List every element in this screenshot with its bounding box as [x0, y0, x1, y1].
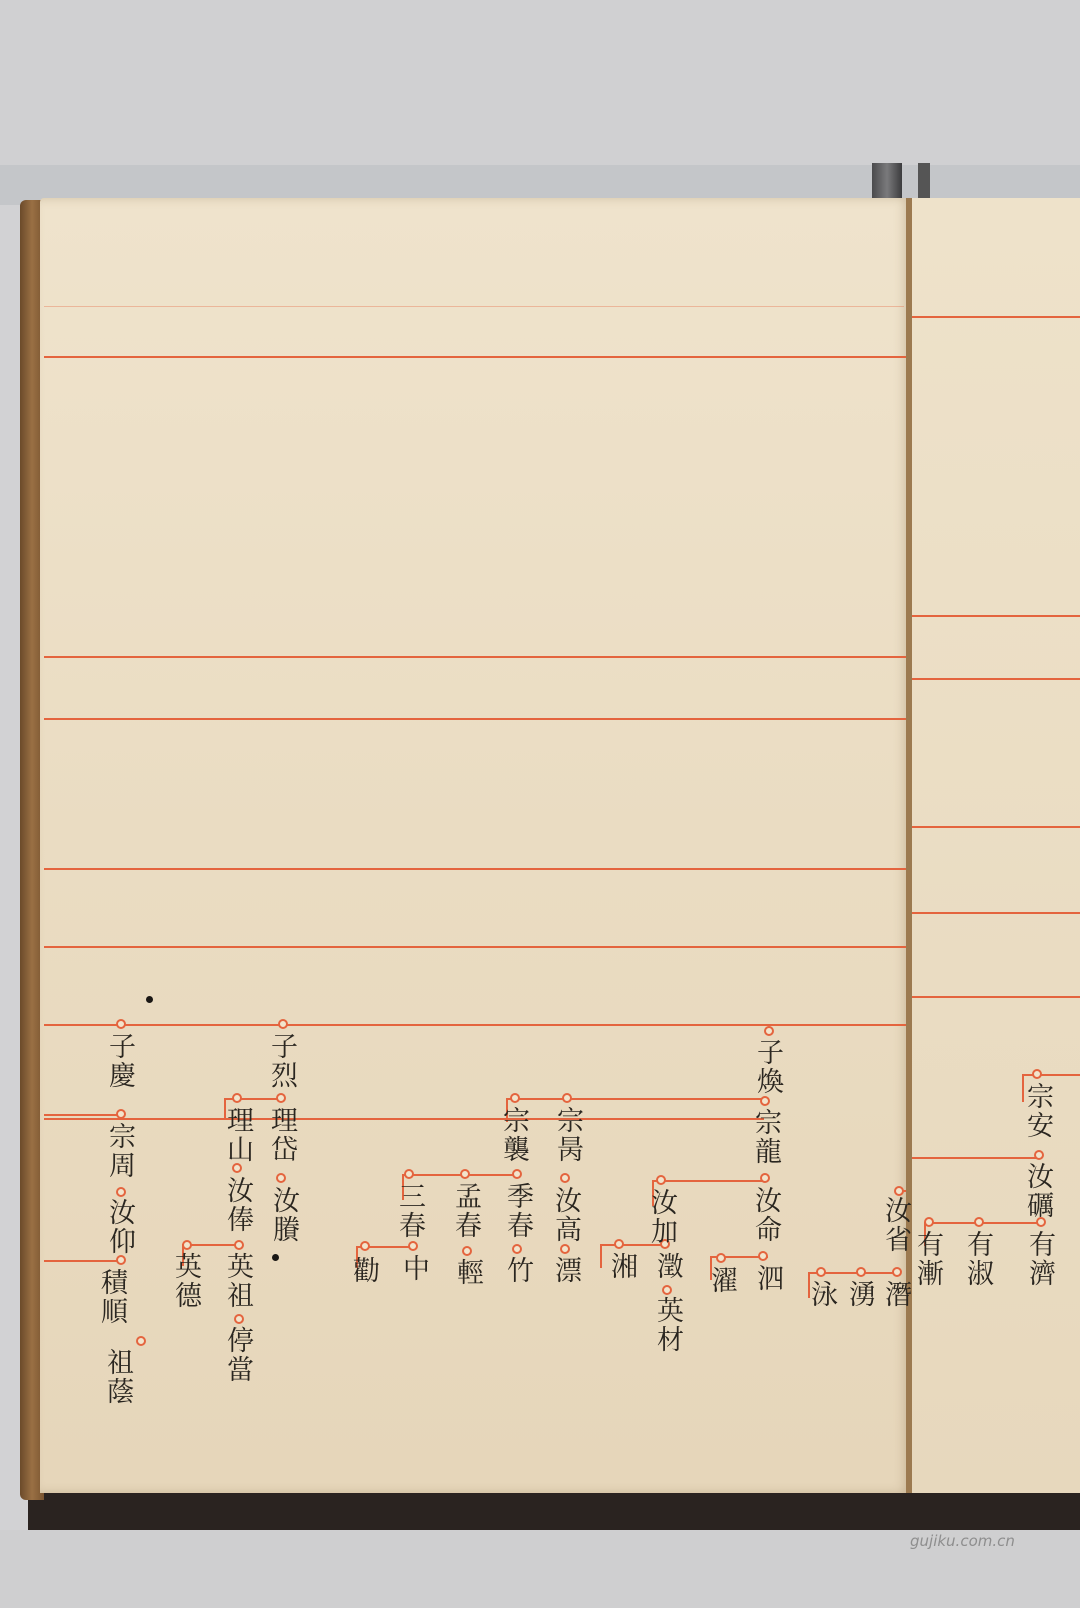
person-name: 汝賸 — [268, 1186, 298, 1244]
person-node — [182, 1240, 192, 1250]
person-name: 汝命 — [750, 1186, 780, 1244]
person-node — [512, 1169, 522, 1179]
generation-rule — [912, 1157, 1040, 1159]
person-node — [894, 1186, 904, 1196]
person-name: 漂 — [550, 1256, 580, 1285]
person-node — [892, 1267, 902, 1277]
person-node — [460, 1169, 470, 1179]
person-name: 英德 — [170, 1252, 200, 1310]
generation-rule — [912, 316, 1080, 318]
right-page — [912, 198, 1080, 1493]
generation-rule — [912, 826, 1080, 828]
person-node — [760, 1173, 770, 1183]
person-node — [408, 1241, 418, 1251]
person-node — [136, 1336, 146, 1346]
person-node — [462, 1246, 472, 1256]
person-name: 澂 — [652, 1252, 682, 1281]
generation-rule — [44, 946, 906, 948]
watermark: gujiku.com.cn — [910, 1532, 1015, 1550]
person-name: 竹 — [502, 1256, 532, 1285]
person-name: 汝省 — [880, 1196, 910, 1254]
person-name: 宗周 — [104, 1122, 134, 1180]
person-name: 子烈 — [266, 1032, 296, 1090]
person-name: 宗安 — [1022, 1082, 1052, 1140]
generation-rule — [912, 996, 1080, 998]
person-node — [816, 1267, 826, 1277]
person-node — [116, 1109, 126, 1119]
sibling-connector — [1022, 1074, 1080, 1076]
person-node — [562, 1093, 572, 1103]
person-name: 湧 — [844, 1280, 874, 1309]
person-node — [656, 1175, 666, 1185]
person-node — [560, 1173, 570, 1183]
ink-dot — [146, 996, 153, 1003]
person-node — [974, 1217, 984, 1227]
scan-background-top — [0, 0, 1080, 165]
person-name: 有濟 — [1024, 1230, 1054, 1288]
person-node — [360, 1241, 370, 1251]
person-name: 汝礪 — [1022, 1162, 1052, 1220]
book-spine-shadow — [918, 163, 930, 203]
person-name: 中 — [398, 1254, 428, 1283]
person-node — [856, 1267, 866, 1277]
person-node — [116, 1255, 126, 1265]
generation-rule — [44, 1118, 764, 1120]
person-node — [512, 1244, 522, 1254]
generation-rule — [44, 656, 906, 658]
person-node — [560, 1244, 570, 1254]
person-name: 子慶 — [104, 1032, 134, 1090]
person-name: 汝高 — [550, 1186, 580, 1244]
person-name: 英材 — [652, 1296, 682, 1354]
person-node — [116, 1019, 126, 1029]
person-node — [234, 1314, 244, 1324]
person-node — [716, 1253, 726, 1263]
generation-rule — [44, 1114, 122, 1116]
person-node — [924, 1217, 934, 1227]
generation-rule — [44, 1260, 122, 1262]
person-node — [278, 1019, 288, 1029]
person-name: 輕 — [452, 1258, 482, 1287]
person-name: 宗昺 — [552, 1106, 582, 1164]
person-node — [662, 1285, 672, 1295]
person-node — [764, 1026, 774, 1036]
sibling-connector — [506, 1098, 768, 1100]
person-node — [1034, 1150, 1044, 1160]
person-node — [614, 1239, 624, 1249]
person-node — [232, 1163, 242, 1173]
person-name: 潛 — [880, 1280, 910, 1309]
person-name: 汝仰 — [104, 1198, 134, 1256]
person-name: 泳 — [806, 1280, 836, 1309]
person-node — [116, 1187, 126, 1197]
person-name: 勸 — [348, 1256, 378, 1285]
generation-rule — [44, 868, 906, 870]
person-name: 有漸 — [912, 1230, 942, 1288]
person-name: 英祖 — [222, 1252, 252, 1310]
person-name: 積順 — [96, 1268, 126, 1326]
person-node — [510, 1093, 520, 1103]
ink-dot — [272, 1254, 279, 1261]
generation-rule — [44, 356, 906, 358]
person-node — [760, 1096, 770, 1106]
sibling-connector — [652, 1180, 764, 1182]
person-name: 季春 — [502, 1182, 532, 1240]
person-name: 濯 — [706, 1266, 736, 1295]
generation-rule — [44, 1024, 906, 1026]
person-node — [404, 1169, 414, 1179]
person-name: 宗襲 — [498, 1106, 528, 1164]
person-node — [1032, 1069, 1042, 1079]
person-node — [234, 1240, 244, 1250]
person-name: 有淑 — [962, 1230, 992, 1288]
person-name: 孟春 — [450, 1182, 480, 1240]
person-name: 祖蔭 — [102, 1348, 132, 1406]
person-name: 子煥 — [752, 1038, 782, 1096]
person-node — [232, 1093, 242, 1103]
person-name: 湘 — [606, 1252, 636, 1281]
generation-rule — [44, 306, 904, 307]
person-name: 汝俸 — [222, 1176, 252, 1234]
person-name: 停當 — [222, 1326, 252, 1384]
person-name: 汝加 — [646, 1188, 676, 1246]
person-name: 理山 — [222, 1106, 252, 1164]
generation-rule — [912, 615, 1080, 617]
sibling-connector — [600, 1244, 602, 1268]
person-name: 理岱 — [266, 1106, 296, 1164]
book-spine-shadow — [872, 163, 902, 203]
book-bottom-shadow — [28, 1490, 1080, 1532]
generation-rule — [44, 718, 906, 720]
person-name: 三春 — [394, 1182, 424, 1240]
person-node — [276, 1093, 286, 1103]
person-node — [758, 1251, 768, 1261]
person-name: 宗龍 — [750, 1108, 780, 1166]
generation-rule — [912, 678, 1080, 680]
person-node — [276, 1173, 286, 1183]
person-name: 泗 — [752, 1264, 782, 1293]
generation-rule — [912, 912, 1080, 914]
